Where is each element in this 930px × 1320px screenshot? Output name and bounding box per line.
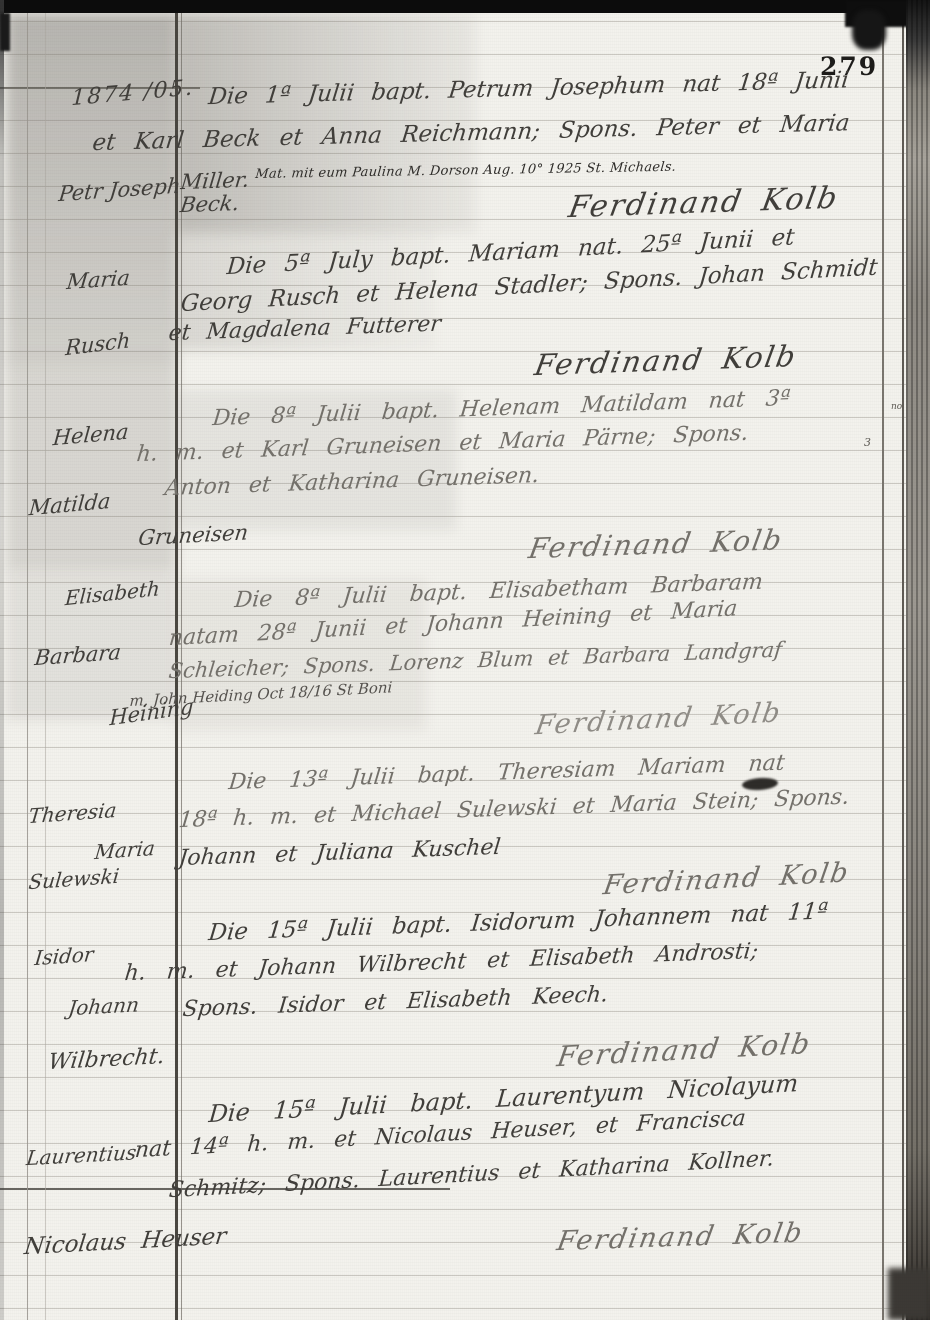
entry-line: Die 1ª Julii bapt. Petrum Josephum nat 1… [207, 67, 850, 110]
marriage-note: Mat. mit eum Paulina M. Dorson Aug. 10° … [255, 160, 677, 182]
margin-name: Gruneisen [137, 520, 250, 550]
priest-signature: Ferdinand Kolb [532, 339, 800, 382]
binding-edge-band [906, 0, 930, 1320]
stray-mark: 3 [864, 436, 871, 449]
stray-mark: no [891, 402, 902, 412]
priest-signature: Ferdinand Kolb [554, 1217, 806, 1257]
margin-name: Isidor [33, 942, 94, 970]
entry-line: Die 13ª Julii bapt. Theresiam Mariam nat [227, 751, 786, 796]
right-rule-2 [902, 0, 904, 1320]
top-edge-bar [0, 0, 930, 13]
margin-name: Barbara [33, 640, 122, 670]
binding-edge-texture [906, 0, 930, 1320]
priest-signature: Ferdinand Kolb [533, 697, 784, 741]
entry-line: et Karl Beck et Anna Reichmann; Spons. P… [91, 110, 851, 156]
margin-name: Sulewski [27, 864, 120, 895]
margin-name: Nicolaus Heuser [23, 1223, 228, 1260]
entry-line: Anton et Katharina Gruneisen. [163, 463, 540, 501]
priest-signature: Ferdinand Kolb [526, 523, 786, 565]
entry-line: Spons. Isidor et Elisabeth Keech. [181, 982, 609, 1022]
left-edge-strip [0, 0, 4, 1320]
margin-name: Wilbrecht. [47, 1044, 166, 1075]
margin-name: Matilda [28, 489, 112, 520]
priest-signature: Ferdinand Kolb [601, 857, 852, 901]
entry-line: h. m. et Johann Wilbrecht et Elisabeth A… [123, 939, 759, 986]
margin-name: Helena [52, 419, 130, 450]
margin-name: Theresia [27, 798, 117, 828]
margin-name: Johann [67, 992, 140, 1020]
register-page-scan: 279 no 3 1874 /05. Die 1ª Julii bapt. Pe… [0, 0, 930, 1320]
margin-name: Laurentius [25, 1140, 138, 1170]
margin-name: Maria [93, 836, 156, 864]
priest-signature: Ferdinand Kolb [555, 1027, 814, 1074]
margin-name: Maria [65, 266, 131, 295]
margin-name: Petr Joseph [57, 173, 181, 206]
left-edge-ink-blotch [0, 13, 10, 51]
right-rule-1 [882, 0, 884, 1320]
entry-line: et Magdalena Futterer [167, 311, 442, 346]
entry-line: Johann et Juliana Kuschel [177, 835, 501, 871]
priest-signature: Ferdinand Kolb [566, 181, 842, 226]
bottom-right-ink-blotch [888, 1268, 930, 1320]
margin-name: Elisabeth [64, 576, 160, 610]
top-right-dark-block [845, 0, 930, 27]
margin-name: Beck. [179, 191, 241, 217]
top-right-ink-blotch [852, 10, 886, 50]
margin-name: Rusch [65, 328, 131, 360]
margin-rule-left [27, 0, 28, 1320]
